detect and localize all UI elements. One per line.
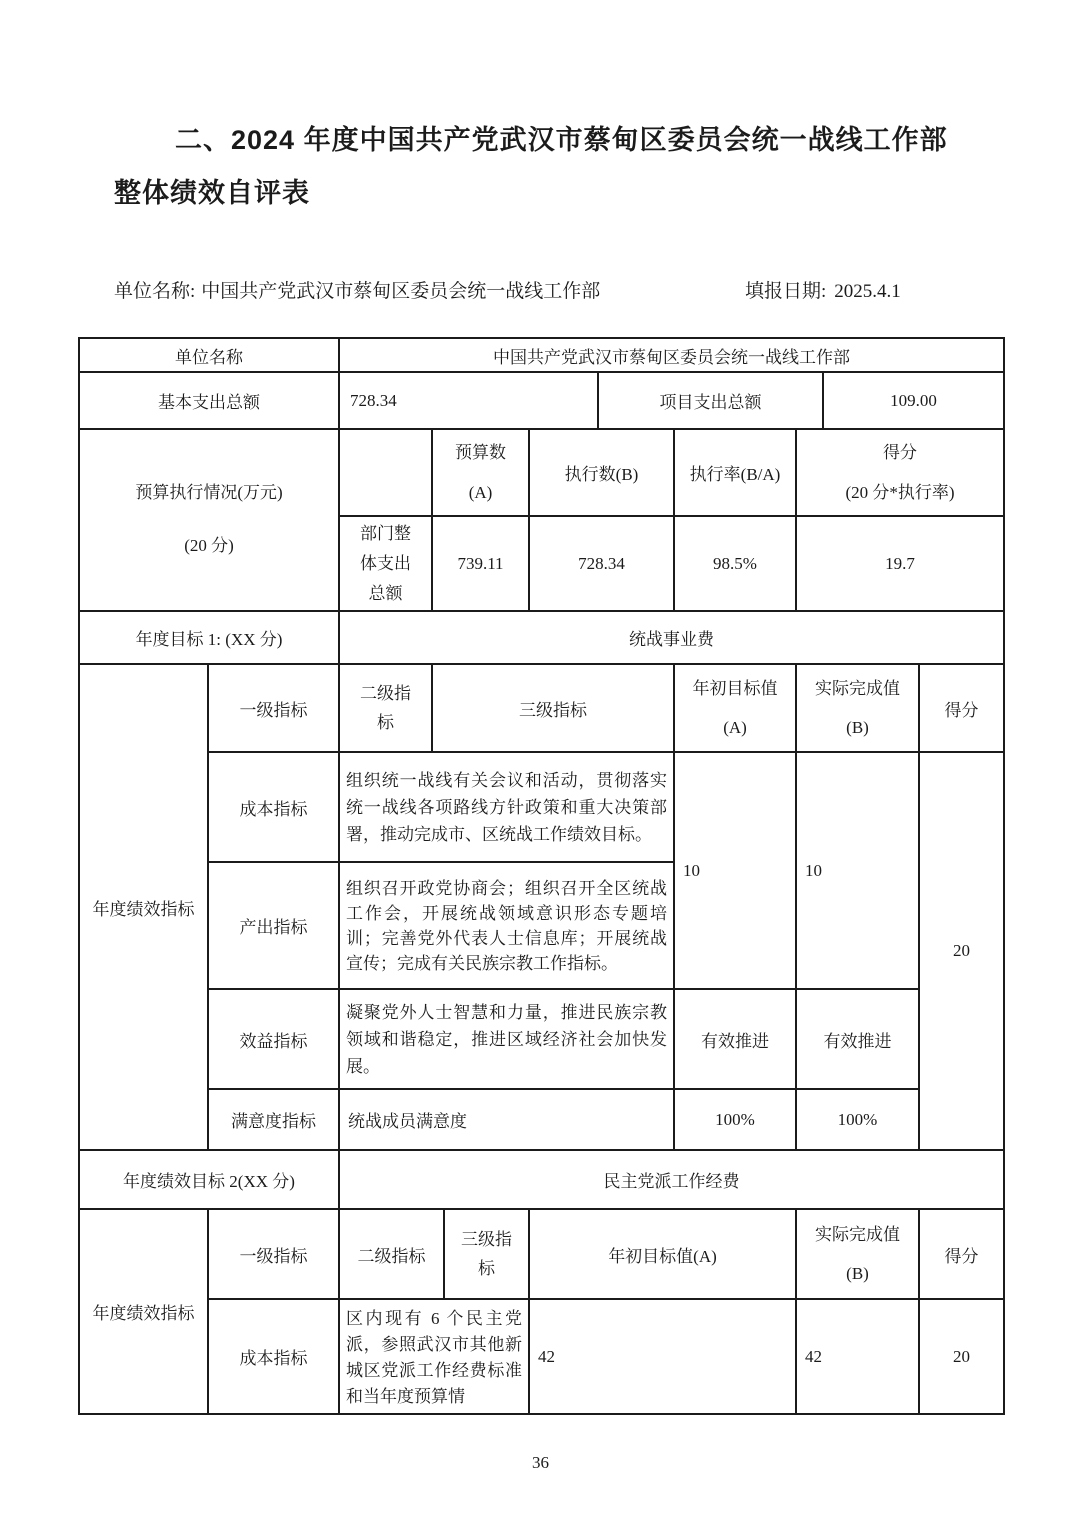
fill-date-label: 填报日期: xyxy=(745,281,826,302)
section2-score-cell: 20 xyxy=(919,1299,1004,1414)
unit-row-label-cell: 单位名称 xyxy=(79,338,339,372)
level2-header-cell: 二级指标 xyxy=(339,1209,444,1299)
indicator-description-cell: 凝聚党外人士智慧和力量，推进民族宗教领域和谐稳定，推进区域经济社会加快发展。 xyxy=(339,989,674,1089)
executed-col-header-cell: 执行数(B) xyxy=(529,429,674,516)
section1-indicators-table: 年度绩效指标 一级指标 二级指标 三级指标 年初目标值 (A) 实际完成值 (B… xyxy=(78,663,1005,1151)
budget-value-cell: 739.11 xyxy=(432,516,529,611)
rate-value-cell: 98.5% xyxy=(674,516,796,611)
indicator-label-cell: 产出指标 xyxy=(208,862,339,989)
project-expenditure-value-cell: 109.00 xyxy=(823,372,1004,429)
actual-value-cell: 42 xyxy=(796,1299,919,1414)
section1-group-label-cell: 年度绩效指标 xyxy=(79,664,208,1150)
section2-indicators-table: 年度绩效指标 一级指标 二级指标 三级指标 年初目标值(A) 实际完成值 (B)… xyxy=(78,1208,1005,1415)
target-value-cell: 100% xyxy=(674,1089,796,1150)
table-row: 年度目标 1: (XX 分) 统战事业费 xyxy=(79,611,1004,664)
actual-header-cell: 实际完成值 (B) xyxy=(796,1209,919,1299)
unit-name-label: 单位名称: xyxy=(114,281,195,302)
indicator-description-cell: 组织召开政党协商会；组织召开全区统战工作会，开展统战领域意识形态专题培训；完善党… xyxy=(339,862,674,989)
goal2-label-cell: 年度绩效目标 2(XX 分) xyxy=(79,1150,339,1209)
indicator-description-cell: 统战成员满意度 xyxy=(339,1089,674,1150)
section2-header-row: 年度绩效指标 一级指标 二级指标 三级指标 年初目标值(A) 实际完成值 (B)… xyxy=(79,1209,1004,1299)
document-page: 二、2024 年度中国共产党武汉市蔡甸区委员会统一战线工作部 整体绩效自评表 单… xyxy=(0,0,1074,1473)
table-row: 年度绩效目标 2(XX 分) 民主党派工作经费 xyxy=(79,1150,1004,1209)
level1-header-cell: 一级指标 xyxy=(208,1209,339,1299)
executed-value-cell: 728.34 xyxy=(529,516,674,611)
goal2-table: 年度绩效目标 2(XX 分) 民主党派工作经费 xyxy=(78,1149,1005,1210)
target-value-cell: 42 xyxy=(529,1299,796,1414)
section1-score-cell: 20 xyxy=(919,752,1004,1150)
rate-col-header-cell: 执行率(B/A) xyxy=(674,429,796,516)
page-number: 36 xyxy=(78,1453,1003,1473)
actual-value-cell: 10 xyxy=(796,752,919,989)
budget-col-header-cell: 预算数 (A) xyxy=(432,429,529,516)
basic-expenditure-value-cell: 728.34 xyxy=(339,372,598,429)
department-total-label-cell: 部门整体支出总额 xyxy=(339,516,432,611)
level3-header-cell: 三级指标 xyxy=(432,664,674,752)
unit-name-table: 单位名称 中国共产党武汉市蔡甸区委员会统一战线工作部 xyxy=(78,337,1005,373)
totals-table: 基本支出总额 728.34 项目支出总额 109.00 xyxy=(78,371,1005,430)
unit-info-line: 单位名称:中国共产党武汉市蔡甸区委员会统一战线工作部 填报日期:2025.4.1 xyxy=(114,279,1074,305)
indicator-label-cell: 成本指标 xyxy=(208,1299,339,1414)
score-header-cell: 得分 xyxy=(919,664,1004,752)
target-value-cell: 有效推进 xyxy=(674,989,796,1089)
actual-value-cell: 有效推进 xyxy=(796,989,919,1089)
goal1-label-cell: 年度目标 1: (XX 分) xyxy=(79,611,339,664)
fill-date-value: 2025.4.1 xyxy=(834,281,901,302)
fill-date: 填报日期:2025.4.1 xyxy=(745,279,901,305)
indicator-description-cell: 组织统一战线有关会议和活动，贯彻落实统一战线各项路线方针政策和重大决策部署，推动… xyxy=(339,752,674,862)
score-col-header-cell: 得分 (20 分*执行率) xyxy=(796,429,1004,516)
actual-value-cell: 100% xyxy=(796,1089,919,1150)
satisfaction-indicator-row: 满意度指标 统战成员满意度 100% 100% xyxy=(79,1089,1004,1150)
benefit-indicator-row: 效益指标 凝聚党外人士智慧和力量，推进民族宗教领域和谐稳定，推进区域经济社会加快… xyxy=(79,989,1004,1089)
table-row: 基本支出总额 728.34 项目支出总额 109.00 xyxy=(79,372,1004,429)
project-expenditure-label-cell: 项目支出总额 xyxy=(598,372,823,429)
page-title-line2: 整体绩效自评表 xyxy=(114,173,1074,213)
score-header-cell: 得分 xyxy=(919,1209,1004,1299)
unit-row-value-cell: 中国共产党武汉市蔡甸区委员会统一战线工作部 xyxy=(339,338,1004,372)
budget-score-value-cell: 19.7 xyxy=(796,516,1004,611)
indicator-label-cell: 满意度指标 xyxy=(208,1089,339,1150)
unit-name-value: 中国共产党武汉市蔡甸区委员会统一战线工作部 xyxy=(201,281,600,302)
level3-header-cell: 三级指标 xyxy=(444,1209,529,1299)
basic-expenditure-label-cell: 基本支出总额 xyxy=(79,372,339,429)
page-title: 二、2024 年度中国共产党武汉市蔡甸区委员会统一战线工作部 xyxy=(175,120,1074,160)
level2-header-cell: 二级指标 xyxy=(339,664,432,752)
budget-empty-cell xyxy=(339,429,432,516)
target-header-cell: 年初目标值(A) xyxy=(529,1209,796,1299)
target-header-cell: 年初目标值 (A) xyxy=(674,664,796,752)
actual-header-cell: 实际完成值 (B) xyxy=(796,664,919,752)
level1-header-cell: 一级指标 xyxy=(208,664,339,752)
cost-indicator-row: 成本指标 组织统一战线有关会议和活动，贯彻落实统一战线各项路线方针政策和重大决策… xyxy=(79,752,1004,862)
target-value-cell: 10 xyxy=(674,752,796,989)
cost-indicator-row: 成本指标 区内现有 6 个民主党派，参照武汉市其他新城区党派工作经费标准和当年度… xyxy=(79,1299,1004,1414)
indicator-label-cell: 成本指标 xyxy=(208,752,339,862)
budget-execution-label-cell: 预算执行情况(万元) (20 分) xyxy=(79,429,339,611)
goal1-value-cell: 统战事业费 xyxy=(339,611,1004,664)
indicator-label-cell: 效益指标 xyxy=(208,989,339,1089)
table-row: 预算执行情况(万元) (20 分) 预算数 (A) 执行数(B) 执行率(B/A… xyxy=(79,429,1004,516)
indicator-description-cell: 区内现有 6 个民主党派，参照武汉市其他新城区党派工作经费标准和当年度预算情 xyxy=(339,1299,529,1414)
section1-header-row: 年度绩效指标 一级指标 二级指标 三级指标 年初目标值 (A) 实际完成值 (B… xyxy=(79,664,1004,752)
goal2-value-cell: 民主党派工作经费 xyxy=(339,1150,1004,1209)
table-row: 单位名称 中国共产党武汉市蔡甸区委员会统一战线工作部 xyxy=(79,338,1004,372)
goal1-table: 年度目标 1: (XX 分) 统战事业费 xyxy=(78,610,1005,665)
budget-execution-table: 预算执行情况(万元) (20 分) 预算数 (A) 执行数(B) 执行率(B/A… xyxy=(78,428,1005,612)
section2-group-label-cell: 年度绩效指标 xyxy=(79,1209,208,1414)
